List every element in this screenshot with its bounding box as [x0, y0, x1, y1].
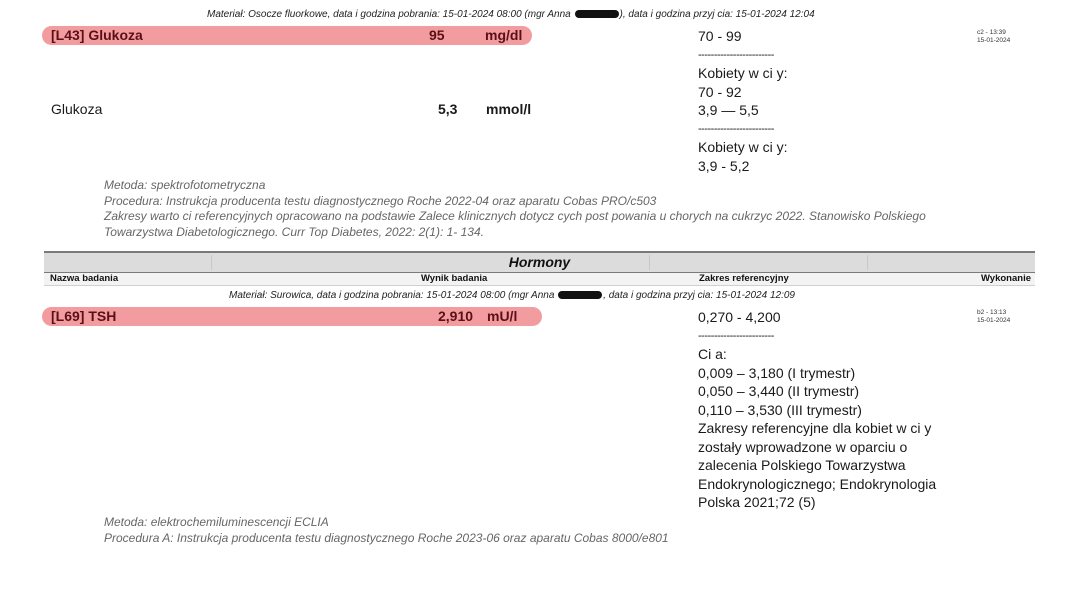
- note-line: Metoda: elektrochemiluminescencji ECLIA: [104, 515, 669, 531]
- test-unit: mmol/l: [486, 101, 531, 117]
- test-name: Glukoza: [51, 101, 102, 117]
- test-unit: mU/l: [487, 307, 517, 326]
- note-line: Metoda: spektrofotometryczna: [104, 178, 926, 194]
- reference-line: zalecenia Polskiego Towarzystwa: [698, 456, 936, 475]
- column-header-name: Nazwa badania: [50, 273, 118, 285]
- column-header-reference: Zakres referencyjny: [699, 273, 789, 285]
- column-header-result: Wynik badania: [421, 273, 487, 285]
- reference-line: Polska 2021;72 (5): [698, 493, 936, 512]
- reference-line: Zakresy referencyjne dla kobiet w ci y: [698, 419, 936, 438]
- stamp-line: 15-01-2024: [977, 317, 1010, 325]
- section-title: Hormony: [44, 253, 1035, 272]
- reference-line: 3,9 — 5,5: [698, 101, 787, 120]
- section-header-hormones: Hormony: [44, 251, 1035, 274]
- test-value: 5,3: [438, 101, 457, 117]
- table-column-headers: Nazwa badania Wynik badania Zakres refer…: [44, 273, 1035, 286]
- test-value: 2,910: [438, 307, 473, 326]
- result-row-tsh[interactable]: [L69] TSH 2,910 mU/l: [42, 307, 542, 326]
- stamp-line: 15-01-2024: [977, 37, 1010, 45]
- divider-line: ------------------------: [698, 46, 787, 65]
- note-line: Procedura: Instrukcja producenta testu d…: [104, 194, 926, 210]
- reference-line: 0,110 – 3,530 (III trymestr): [698, 401, 936, 420]
- reference-line: Kobiety w ci y:: [698, 64, 787, 83]
- glucose-reference-range: 70 - 99------------------------Kobiety w…: [698, 27, 787, 175]
- reference-line: Kobiety w ci y:: [698, 138, 787, 157]
- material-text: Materiał: Surowica, data i godzina pobra…: [229, 290, 554, 301]
- execution-stamp-glucose: c2 - 13:39 15-01-2024: [977, 29, 1010, 45]
- reference-line: 70 - 99: [698, 27, 787, 46]
- redacted-name: [575, 10, 619, 18]
- reference-line: 0,050 – 3,440 (II trymestr): [698, 382, 936, 401]
- note-line: Towarzystwa Diabetologicznego. Curr Top …: [104, 225, 926, 241]
- test-name: [L69] TSH: [51, 307, 116, 326]
- reference-line: 0,270 - 4,200: [698, 308, 936, 327]
- reference-line: 3,9 - 5,2: [698, 157, 787, 176]
- glucose-method-notes: Metoda: spektrofotometrycznaProcedura: I…: [104, 178, 926, 240]
- divider-line: ------------------------: [698, 120, 787, 139]
- stamp-line: b2 - 13:13: [977, 309, 1010, 317]
- test-name: [L43] Glukoza: [51, 26, 143, 45]
- stamp-line: c2 - 13:39: [977, 29, 1010, 37]
- material-text-suffix: , data i godzina przyj cia: 15-01-2024 1…: [603, 290, 795, 301]
- note-line: Zakresy warto ci referencyjnych opracowa…: [104, 209, 926, 225]
- reference-line: Endokrynologicznego; Endokrynologia: [698, 475, 936, 494]
- note-line: Procedura A: Instrukcja producenta testu…: [104, 531, 669, 547]
- execution-stamp-tsh: b2 - 13:13 15-01-2024: [977, 309, 1010, 325]
- redacted-name: [558, 291, 602, 299]
- material-text-suffix: ), data i godzina przyj cia: 15-01-2024 …: [620, 9, 815, 20]
- column-header-execution: Wykonanie: [981, 273, 1031, 285]
- reference-line: 0,009 – 3,180 (I trymestr): [698, 364, 936, 383]
- tsh-method-notes: Metoda: elektrochemiluminescencji ECLIAP…: [104, 515, 669, 546]
- tsh-reference-range: 0,270 - 4,200------------------------Ci …: [698, 308, 936, 512]
- reference-line: zostały wprowadzone w oparciu o: [698, 438, 936, 457]
- hormones-material-info: Materiał: Surowica, data i godzina pobra…: [229, 290, 795, 301]
- material-text: Materiał: Osocze fluorkowe, data i godzi…: [207, 9, 571, 20]
- test-unit: mg/dl: [485, 26, 522, 45]
- test-value: 95: [429, 26, 445, 45]
- reference-line: 70 - 92: [698, 83, 787, 102]
- reference-line: Ci a:: [698, 345, 936, 364]
- result-row-glucose-mgdl[interactable]: [L43] Glukoza 95 mg/dl: [42, 26, 532, 45]
- divider-line: ------------------------: [698, 327, 936, 346]
- glucose-material-info: Materiał: Osocze fluorkowe, data i godzi…: [207, 9, 815, 20]
